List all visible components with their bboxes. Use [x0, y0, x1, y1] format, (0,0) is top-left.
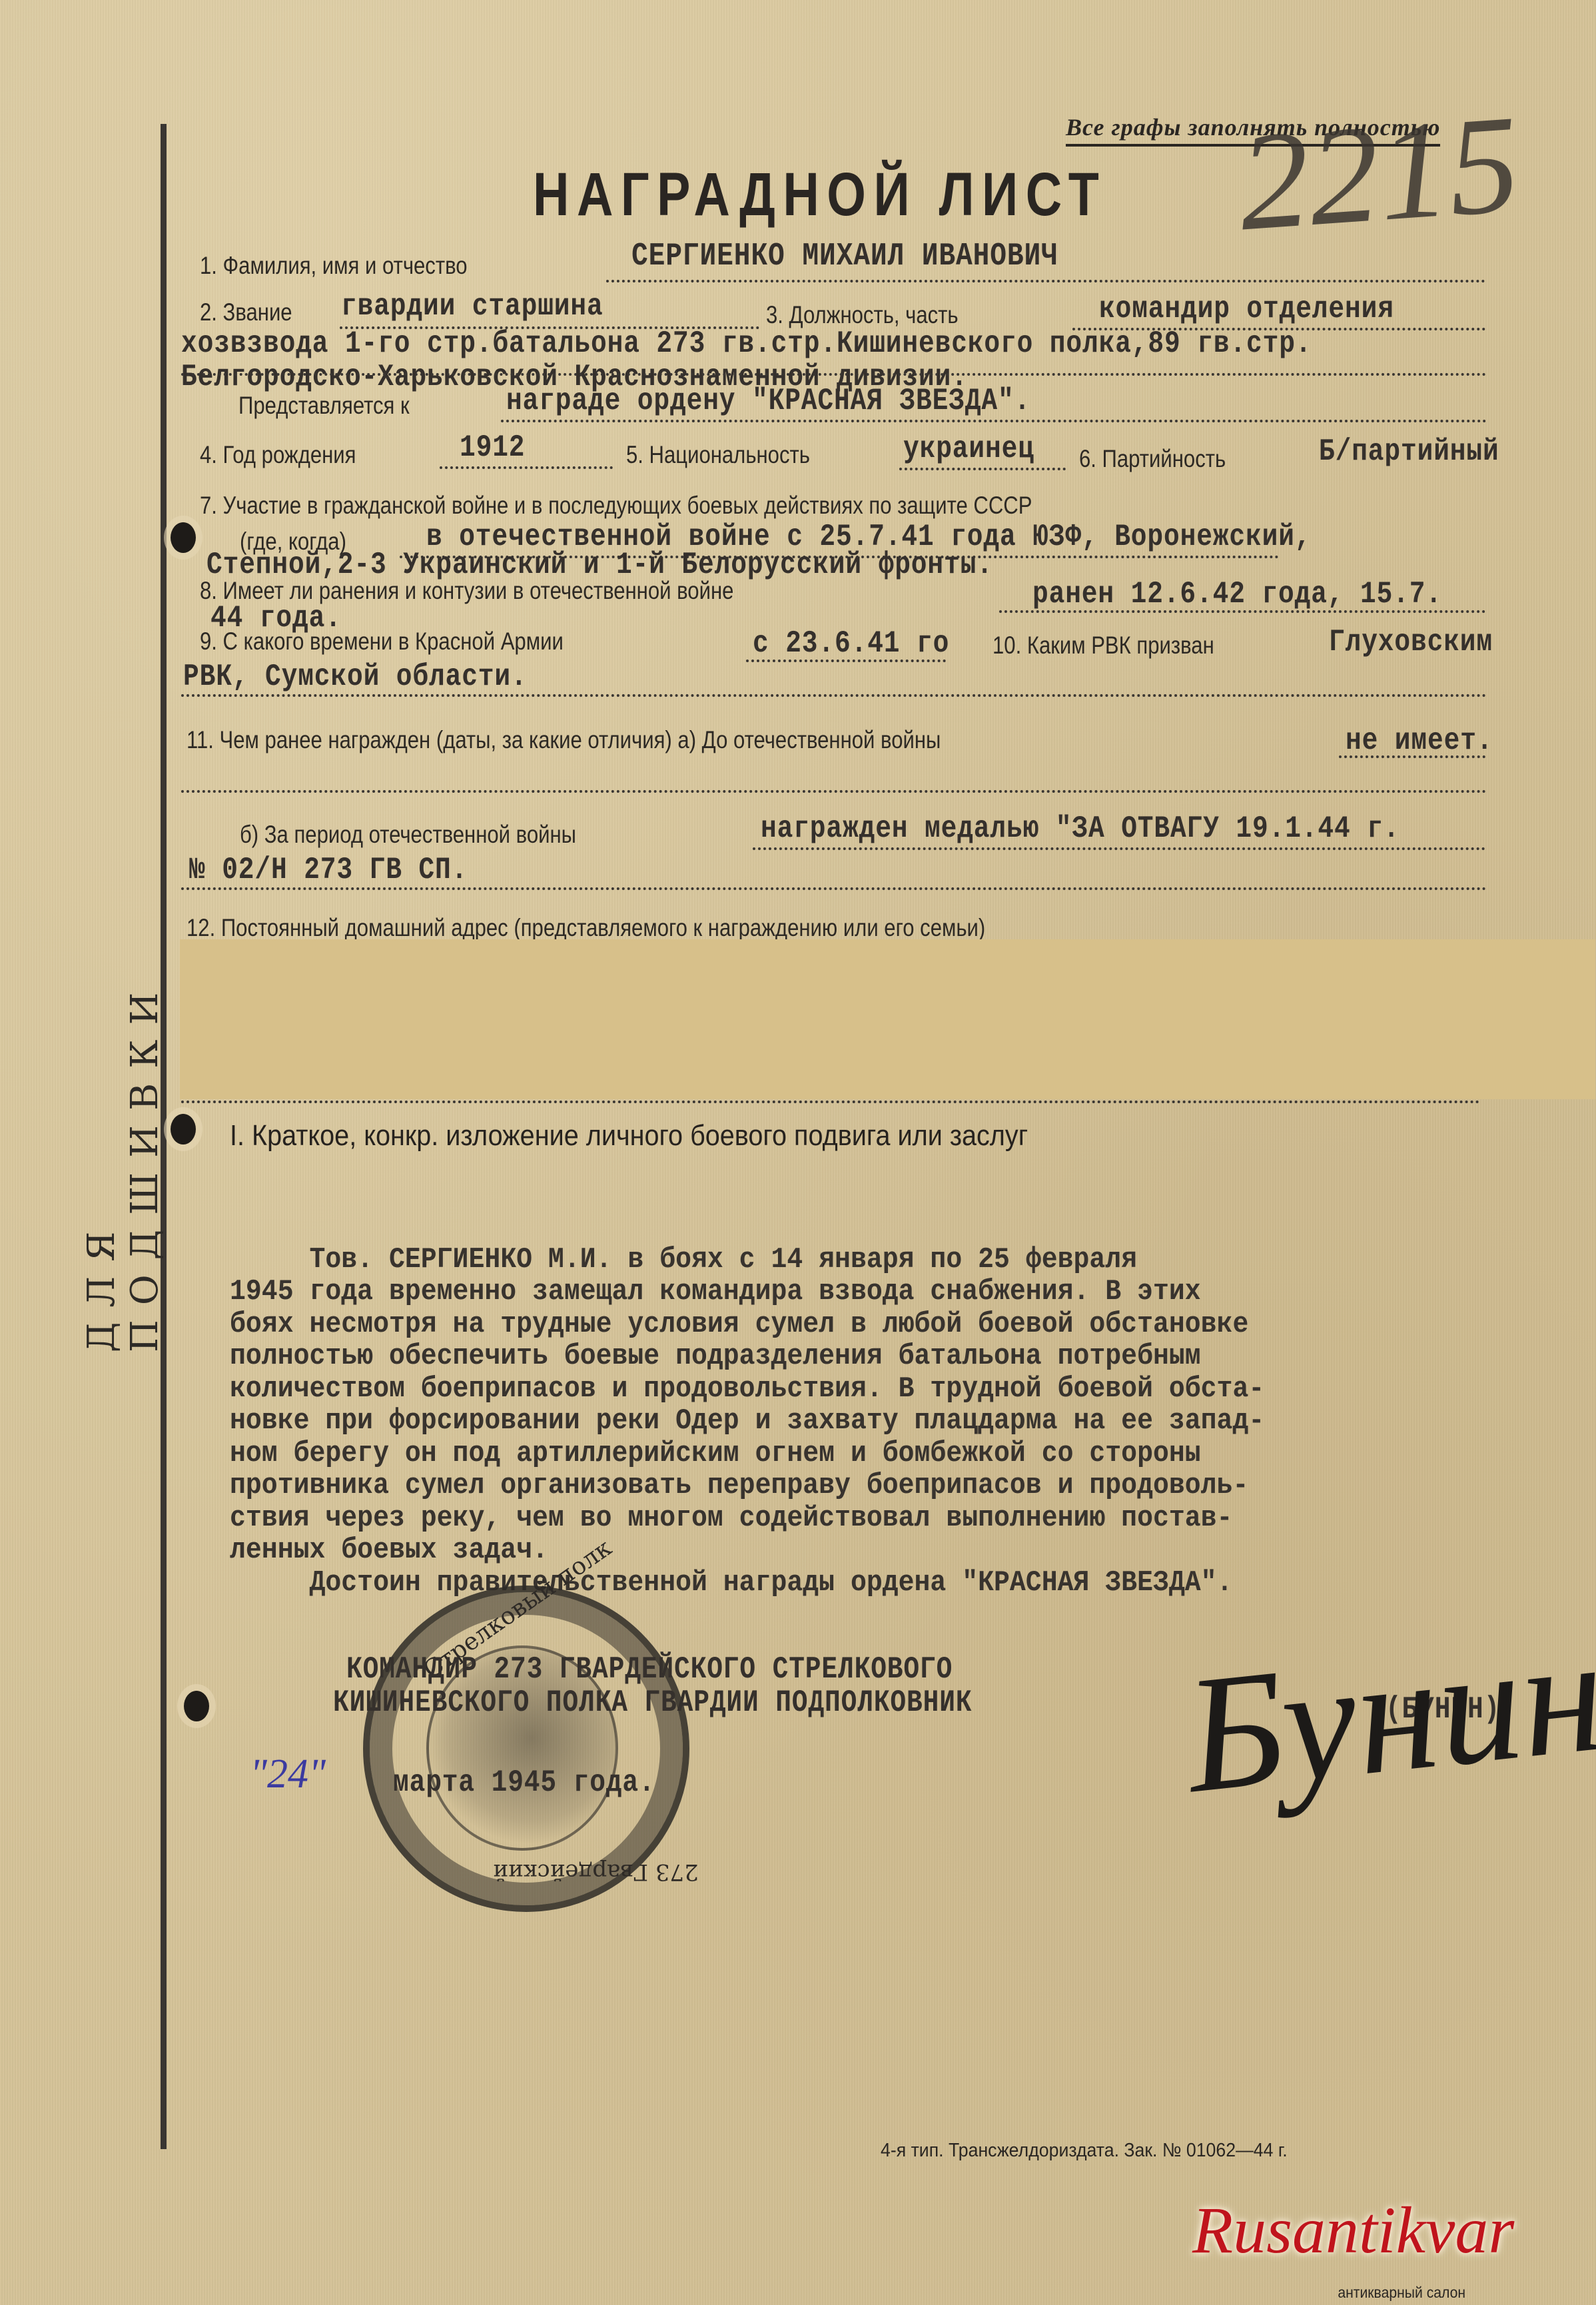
- watermark-logo: Rusantikvar: [1192, 2192, 1514, 2268]
- punch-hole-icon: [171, 1114, 196, 1145]
- field-5-label: 5. Национальность: [626, 441, 810, 469]
- field-4-label: 4. Год рождения: [200, 441, 356, 469]
- field-9-value: с 23.6.41 го: [753, 626, 949, 661]
- field-1-line: [606, 280, 1485, 282]
- field-4-value: 1912: [460, 430, 525, 465]
- body-line: Достоин правительственной награды ордена…: [230, 1567, 1471, 1600]
- page-title: НАГРАДНОЙ ЛИСТ: [533, 160, 1106, 230]
- field-3-label: 3. Должность, часть: [766, 301, 959, 329]
- field-7-label: 7. Участие в гражданской войне и в после…: [200, 492, 1032, 520]
- field-6-label: 6. Партийность: [1079, 445, 1226, 473]
- field-4-line: [440, 466, 613, 469]
- punch-hole-icon: [184, 1691, 209, 1721]
- field-11b-line2: [181, 887, 1487, 890]
- field-12-line: [181, 1101, 1480, 1103]
- seal-text-bottom: 273 Гвардейский: [493, 1859, 699, 1885]
- body-line: количеством боеприпасов и продовольствия…: [230, 1373, 1471, 1406]
- field-11-blank-line: [181, 790, 1487, 793]
- field-9-line: [746, 660, 946, 662]
- nominated-value: награде ордену "КРАСНАЯ ЗВЕЗДА".: [506, 384, 1030, 418]
- field-10-label: 10. Каким РВК призван: [993, 632, 1214, 660]
- watermark-subtitle: антикварный салон: [1338, 2284, 1465, 2302]
- field-11b-label: б) За период отечественной войны: [240, 821, 576, 849]
- punch-hole-icon: [171, 522, 196, 553]
- field-11b-value-line2: № 02/Н 273 ГВ СП.: [189, 853, 468, 887]
- body-line: полностью обеспечить боевые подразделени…: [230, 1340, 1471, 1373]
- date-rest: марта 1945 года.: [393, 1765, 655, 1800]
- body-line: ленных боевых задач.: [230, 1534, 1471, 1567]
- field-2-label: 2. Звание: [200, 298, 292, 326]
- body-line: боях несмотря на трудные условия сумел в…: [230, 1308, 1471, 1341]
- field-8-value: ранен 12.6.42 года, 15.7.: [1032, 577, 1442, 612]
- printer-imprint: 4-я тип. Трансжелдориздата. Зак. № 01062…: [881, 2140, 1288, 2162]
- field-9-line2: [181, 694, 1487, 697]
- field-5-value: украинец: [903, 432, 1034, 466]
- field-10-value: Глуховским: [1329, 625, 1493, 660]
- field-10-value-line2: РВК, Сумской области.: [183, 660, 528, 694]
- commander-title-line1: КОМАНДИР 273 ГВАРДЕЙСКОГО СТРЕЛКОВОГО: [346, 1652, 953, 1687]
- body-line: Тов. СЕРГИЕНКО М.И. в боях с 14 января п…: [230, 1244, 1471, 1276]
- field-1-value: СЕРГИЕНКО МИХАИЛ ИВАНОВИЧ: [631, 238, 1058, 274]
- nominated-line: [501, 420, 1487, 422]
- field-11-line: [1339, 755, 1485, 758]
- field-3-line2: [181, 373, 1487, 376]
- body-line: 1945 года временно замещал командира взв…: [230, 1276, 1471, 1308]
- field-2-value: гвардии старшина: [341, 289, 603, 324]
- field-9-label: 9. С какого времени в Красной Армии: [200, 628, 564, 656]
- field-6-value: Б/партийный: [1319, 434, 1499, 469]
- field-1-label: 1. Фамилия, имя и отчество: [200, 252, 468, 280]
- handwritten-signature: Бунин: [1177, 1598, 1596, 1832]
- field-5-line: [899, 468, 1066, 470]
- field-8-line: [999, 610, 1485, 613]
- field-11b-value: награжден медалью "ЗА ОТВАГУ 19.1.44 г.: [761, 811, 1399, 846]
- nominated-label: Представляется к: [238, 392, 410, 420]
- field-11-value: не имеет.: [1346, 723, 1493, 758]
- handwritten-number: 2215: [1234, 84, 1524, 264]
- body-line: ствия через реку, чем во многом содейств…: [230, 1502, 1471, 1535]
- field-11b-line: [753, 847, 1485, 850]
- binding-label: ДЛЯ ПОДШИВКИ: [87, 926, 160, 1352]
- field-3-value-line2: хозвзвода 1-го стр.батальона 273 гв.стр.…: [181, 326, 1312, 361]
- body-line: новке при форсировании реки Одер и захва…: [230, 1405, 1471, 1438]
- body-line: противника сумел организовать переправу …: [230, 1470, 1471, 1502]
- section-body: Тов. СЕРГИЕНКО М.И. в боях с 14 января п…: [230, 1211, 1471, 1631]
- field-11-label: 11. Чем ранее награжден (даты, за какие …: [187, 726, 941, 754]
- field-12-label: 12. Постоянный домашний адрес (представл…: [187, 914, 985, 942]
- commander-title-line2: КИШИНЕВСКОГО ПОЛКА ГВАРДИИ ПОДПОЛКОВНИК: [333, 1685, 972, 1720]
- date-day-handwritten: "24": [250, 1751, 326, 1798]
- field-3-value: командир отделения: [1099, 292, 1394, 326]
- section-heading: I. Краткое, конкр. изложение личного бое…: [230, 1119, 1028, 1152]
- body-line: ном берегу он под артиллерийским огнем и…: [230, 1438, 1471, 1470]
- redacted-address-block: [180, 939, 1595, 1099]
